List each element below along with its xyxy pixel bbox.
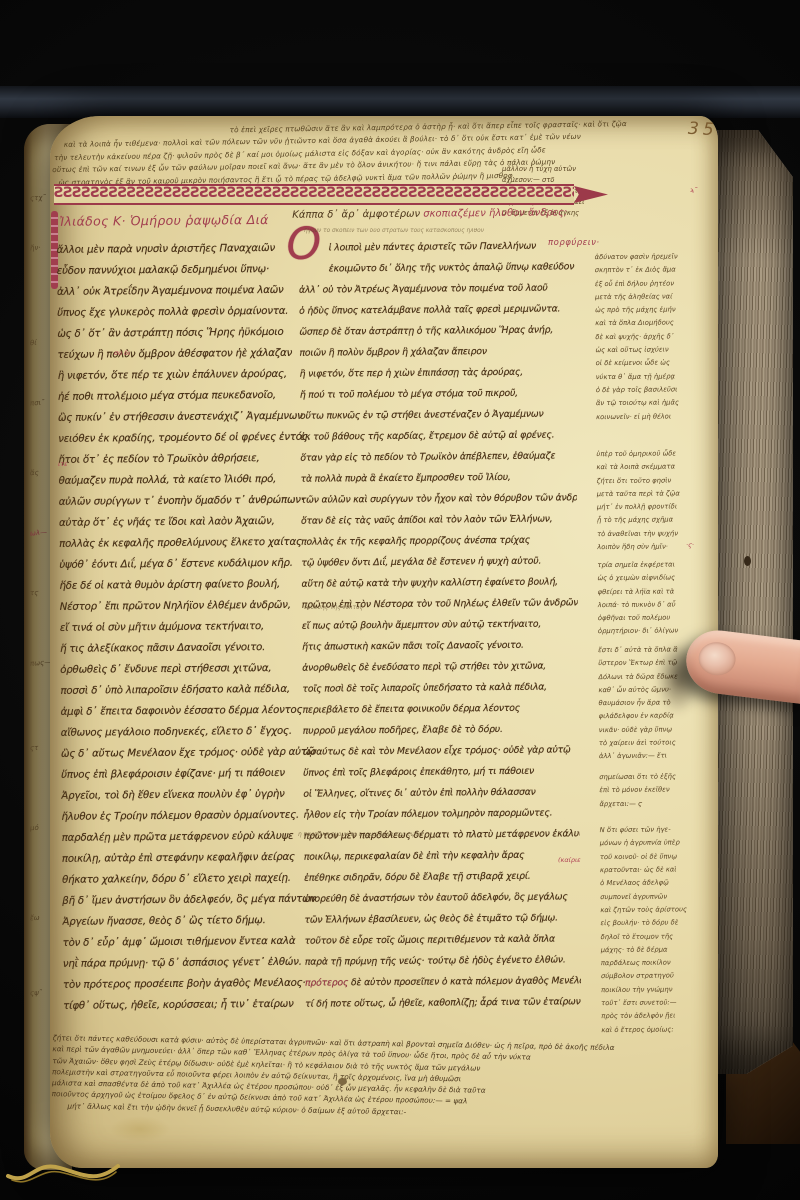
scholium-line: εἰς βουλήν· τὸ δόρυ δὲ xyxy=(600,916,712,930)
scholium-line: ὡς ὁ χειμὼν αἰφνιδίως xyxy=(597,571,709,585)
red-gloss: ϡ῀ xyxy=(690,186,697,194)
verse-line: ἥδε δέ οἱ κατὰ θυμὸν ἀρίστη φαίνετο βουλ… xyxy=(59,573,327,596)
verse-line: θαύμαζεν πυρὰ πολλά, τὰ καίετο Ἰλιόθι πρ… xyxy=(58,468,326,491)
scholium-line: μόνων ἡ ἀγρυπνία ὑπὲρ xyxy=(600,837,712,851)
verse-line: ἤλυθον ἐς Τροίην πόλεμον θρασὺν ὁρμαίνον… xyxy=(61,804,329,827)
verse-line: ὣς δ᾽ αὔτως Μενέλαον ἔχε τρόμος· οὐδὲ γὰ… xyxy=(61,741,329,764)
scholium-line: ὑπὲρ τοῦ ὁμηρικοῦ ὧδε xyxy=(596,447,708,461)
scholium-line: τὸ χαίρειν ἀεὶ τούτοις xyxy=(599,736,711,750)
scholium-line: ὁ Μενέλαος ἀδελφῷ xyxy=(600,877,712,891)
red-gloss: σο δι xyxy=(114,349,130,357)
margin-mark: ἕω xyxy=(30,914,40,923)
paraphrase-line: αὕτη δὲ αὐτῷ κατὰ τὴν ψυχὴν καλλίστη ἐφα… xyxy=(301,571,577,594)
page-stain xyxy=(110,1116,170,1142)
paraphrase-line: τοῦτον δὲ εὗρε τοῖς ὤμοις περιτιθέμενον … xyxy=(305,928,581,951)
margin-mark: ςτχ῀ xyxy=(30,193,46,202)
bottom-margin-scholia: ζήτει ὅτι πάντες καθεύδουσι κατὰ φύσιν· … xyxy=(51,1032,718,1123)
paraphrase-line: παρὰ τῇ πρύμνῃ τῆς νεώς· τούτῳ δὲ ἡδὺς ἐ… xyxy=(305,949,581,972)
paraphrase-line: ἥτις ἀπωστικὴ κακῶν πᾶσι τοῖς Δαναοῖς γέ… xyxy=(302,634,578,657)
paraphrase-line: ὁ ἡδὺς ὕπνος κατελάμβανε πολλὰ ταῖς φρεσ… xyxy=(299,298,575,321)
hypothesis-red: σκοπιαζέμεν ἤλυθον ἄνδρες: xyxy=(423,207,567,219)
verse-line: εὗδον παννύχιοι μαλακῷ δεδμημένοι ὕπνῳ· xyxy=(57,259,325,282)
verse-line: ἀμφὶ δ᾽ ἔπειτα δαφοινὸν ἑέσσατο δέρμα λέ… xyxy=(61,699,329,722)
scholium-line: τοῦ κοινοῦ· οἱ δὲ ὕπνῳ xyxy=(600,850,712,864)
scholium-line: ἐξ οὗ ἐπὶ δήλου ῥητέον xyxy=(595,277,707,291)
scholium-line: πρὸς τὸν ἀδελφὸν ᾔει xyxy=(601,1009,713,1023)
verse-line: ποικίλῃ, αὐτὰρ ἐπὶ στεφάνην κεφαλῆφιν ἀε… xyxy=(62,846,330,869)
verse-line: ὕπνος ἔχε γλυκερὸς πολλὰ φρεσὶν ὁρμαίνον… xyxy=(57,301,325,324)
paraphrase-line: πρῶτον ἐπὶ τὸν Νέστορα τὸν τοῦ Νηλέως ἐλ… xyxy=(302,592,578,615)
manuscript-page: 35 τὸ ἐπεὶ χεῖρες πτωθῶσιν ἅτε ἂν καὶ λα… xyxy=(50,116,718,1168)
scholium-line: κρατοῦνται· ὡς δὲ καὶ xyxy=(600,863,712,877)
paraphrase-line: οἱ Ἕλληνες, οἵτινες δι᾽ αὐτὸν ἐπὶ πολλὴν… xyxy=(303,781,579,804)
paraphrase-line: οὕτω πυκνῶς ἐν τῷ στήθει ἀνεστέναζεν ὁ Ἀ… xyxy=(300,403,576,426)
scholium-line: καὶ ὁ ἕτερος ὁμοίως: xyxy=(601,1023,713,1037)
verse-line: ποσσὶ δ᾽ ὑπὸ λιπαροῖσιν ἐδήσατο καλὰ πέδ… xyxy=(60,678,328,701)
red-gloss: ιτε xyxy=(58,460,68,468)
interlinear-gloss: ἑκούσης τῆς νυκτός xyxy=(304,605,424,611)
book-heading: Ἰλιάδος Κ· Ὁμήρου ῥαψῳδία Διά xyxy=(59,212,321,229)
paraphrase-line: ἐκοιμῶντο δι᾽ ὅλης τῆς νυκτὸς ἁπαλῷ ὕπνῳ… xyxy=(299,256,575,279)
verse-line: παρδαλέῃ μὲν πρῶτα μετάφρενον εὐρὺ κάλυψ… xyxy=(62,825,330,848)
red-gloss: (καίριε xyxy=(558,856,581,864)
paraphrase-line: ἦλθον εἰς τὴν Τροίαν πόλεμον τολμηρὸν πα… xyxy=(303,802,579,825)
red-word: πρότερος xyxy=(305,977,348,988)
scholia-block: ὑπὲρ τοῦ ὁμηρικοῦ ὧδεκαὶ τὰ λοιπὰ σκέμμα… xyxy=(596,447,709,554)
verse-line: Νέστορ᾽ ἔπι πρῶτον Νηλήϊον ἐλθέμεν ἀνδρῶ… xyxy=(60,594,328,617)
verse-line: ἥ τις ἀλεξίκακος πᾶσιν Δαναοῖσι γένοιτο. xyxy=(60,636,328,659)
verse-line: τὸν δ᾽ εὗρ᾽ ἀμφ᾽ ὤμοισι τιθήμενον ἔντεα … xyxy=(63,930,331,953)
paraphrase-line: περιεβάλετο δὲ ἔπειτα φοινικοῦν δέρμα λέ… xyxy=(303,697,579,720)
scholium-line: ὁ δὲ γὰρ τοῖς βασιλεῦσι xyxy=(596,383,708,397)
paraphrase-line: ἀλλ᾽ οὐ τὸν Ἀτρέως Ἀγαμέμνονα τὸν ποιμέν… xyxy=(299,277,575,300)
verse-line: θήκατο χαλκείην, δόρυ δ᾽ εἵλετο χειρὶ πα… xyxy=(62,867,330,890)
scholium-line xyxy=(599,810,711,824)
verse-line: ὀρθωθεὶς δ᾽ ἔνδυνε περὶ στήθεσσι χιτῶνα, xyxy=(60,657,328,680)
right-margin-scholia: ἀδύνατον φασὶν ἠρεμεῖνσκηπτὸν τ᾽ ἐκ Διὸς… xyxy=(593,113,705,114)
margin-mark: ἤν· xyxy=(30,244,41,253)
scholium-line: ἂν τῷ τοιούτῳ καὶ ἡμᾶς xyxy=(596,396,708,410)
scholium-line: δὲ καὶ ψυχῆς· ἀρχῆς δ᾽ xyxy=(595,330,707,344)
verse-line: τὸν πρότερος προσέειπε βοὴν ἀγαθὸς Μενέλ… xyxy=(63,972,331,995)
margin-mark: τϛ xyxy=(30,589,39,598)
paraphrase-line: πολλὰς ἐκ τῆς κεφαλῆς προρρίζους ἀνέσπα … xyxy=(301,529,577,552)
fingernail xyxy=(697,640,738,677)
scholium-line: μετὰ τῆς ἀληθείας ναί xyxy=(595,290,707,304)
scholium-line: σκηπτὸν τ᾽ ἐκ Διὸς ἅμα xyxy=(595,263,707,277)
paraphrase-column: ἱ λοιποὶ μὲν πάντες ἀριστεῖς τῶν Πανελλή… xyxy=(298,235,581,1014)
paraphrase-line: ἢ νιφετόν, ὅτε περ ἡ χιὼν ἐπιπάσσῃ τὰς ἀ… xyxy=(300,361,576,384)
margin-mark: πσι῀ xyxy=(30,399,45,408)
paraphrase-line: ἤ πού τι τοῦ πολέμου τὸ μέγα στόμα τοῦ π… xyxy=(300,382,576,405)
verse-line: ἀλλ᾽ οὐκ Ἀτρεΐδην Ἀγαμέμνονα ποιμένα λαῶ… xyxy=(57,280,325,303)
paraphrase-line: ὅταν δὲ εἰς τὰς ναῦς ἀπίδοι καὶ τὸν λαὸν… xyxy=(301,508,577,531)
margin-mark: μό xyxy=(30,824,39,833)
verse-line: ἄλλοι μὲν παρὰ νηυσὶν ἀριστῆες Παναχαιῶν xyxy=(56,238,324,261)
margin-mark: ϛτ xyxy=(30,744,39,753)
scholium-line: συμπονεῖ ἀγρυπνῶν xyxy=(600,890,712,904)
paraphrase-line: ὕπνος ἐπὶ τοῖς βλεφάροις ἐπεκάθητο, μή τ… xyxy=(303,760,579,783)
scholium-line: μετὰ ταῦτα περὶ τὰ ζῷα xyxy=(597,487,709,501)
verse-line: αἴθωνος μεγάλοιο ποδηνεκές, εἵλετο δ᾽ ἔγ… xyxy=(61,720,329,743)
verse-line: νειόθεν ἐκ κραδίης, τρομέοντο δέ οἱ φρέν… xyxy=(58,426,326,449)
scholium-line: τὸ ἀναθεῖναι τὴν ψυχήν xyxy=(597,527,709,541)
scholium-line: κοινωνεῖν· εἰ μὴ θέλοι xyxy=(596,410,708,424)
paraphrase-line: ἐπέθηκε σιδηρᾶν, δόρυ δὲ ἔλαβε τῇ στιβαρ… xyxy=(304,865,580,888)
endband-thread xyxy=(4,1146,134,1190)
scholium-line: σημείωσαι ὅτι τὸ ἑξῆς xyxy=(599,770,711,784)
scholium-line: λοιπά· τὸ πυκνὸν δ᾽ αὖ xyxy=(598,598,710,612)
paraphrase-line: εἴ πως αὐτῷ βουλὴν ἄμεμπτον σὺν αὐτῷ τεκ… xyxy=(302,613,578,636)
paraphrase-line: ὡσαύτως δὲ καὶ τὸν Μενέλαον εἶχε τρόμος·… xyxy=(303,739,579,762)
paraphrase-line: ποικίλῳ, περικεφαλαίαν δὲ ἐπὶ τὴν κεφαλὴ… xyxy=(304,844,580,867)
paraphrase-line: τὰ πολλὰ πυρὰ ἃ ἐκαίετο ἔμπροσθεν τοῦ Ἰλ… xyxy=(300,466,576,489)
paraphrase-line: ἐπορεύθη δὲ ἀναστήσων τὸν ἑαυτοῦ ἀδελφόν… xyxy=(304,886,580,909)
verse-line: τεύχων ἢ πολὺν ὄμβρον ἀθέσφατον ἠὲ χάλαζ… xyxy=(57,343,325,366)
scholium-line: τρία σημεῖα ἐκφέρεται xyxy=(597,558,709,572)
page-stain xyxy=(338,1078,347,1085)
verse-line: Ἀργεῖοι, τοὶ δὴ ἕθεν εἵνεκα πουλὺν ἐφ᾽ ὑ… xyxy=(61,783,329,806)
red-gloss: ·ϛ· xyxy=(686,541,694,549)
scholia-block: ἀδύνατον φασὶν ἠρεμεῖνσκηπτὸν τ᾽ ἐκ Διὸς… xyxy=(595,250,709,424)
margin-mark: ςψ῀ xyxy=(30,989,43,998)
verse-line: νηῒ πάρα πρύμνῃ· τῷ δ᾽ ἀσπάσιος γένετ᾽ ἐ… xyxy=(63,951,331,974)
scholium-line: παρδάλεως ποικίλον xyxy=(601,956,713,970)
paraphrase-line: ὥσπερ δὲ ὅταν ἀστράπτῃ ὁ τῆς καλλικόμου … xyxy=(299,319,575,342)
scholium-line: τοῦτ᾽ ἔστι συνετοῦ:— xyxy=(601,996,713,1010)
scholium-line: ἄρχεται:— ϛ xyxy=(599,797,711,811)
scholium-line: ὡς καὶ οὕτως ἰσχύειν xyxy=(595,343,707,357)
scholium-line: ᾗ τὸ τῆς μάχης σχῆμα xyxy=(597,514,709,528)
paraphrase-line: ἱ λοιποὶ μὲν πάντες ἀριστεῖς τῶν Πανελλή… xyxy=(298,235,574,258)
margin-mark: θί xyxy=(30,339,37,347)
scholium-line: καὶ τὰ λοιπὰ σκέμματα xyxy=(596,460,708,474)
paraphrase-line: τῷ ὑψόθεν ὄντι Διΐ, μεγάλα δὲ ἔστενεν ἡ … xyxy=(301,550,577,573)
text-layer: Ἰλιάδος Κ· Ὁμήρου ῥαψῳδία Διά Κάππα δ᾽ ἄ… xyxy=(45,113,722,1171)
hypothesis-line: Κάππα δ᾽ ἄρ᾽ ἀμφοτέρων σκοπιαζέμεν ἤλυθο… xyxy=(292,207,622,221)
paraphrase-line: τῶν αὐλῶν καὶ συρίγγων τὸν ἦχον καὶ τὸν … xyxy=(301,487,577,510)
verse-line: βῆ δ᾽ ἴμεν ἀνστήσων ὃν ἀδελφεόν, ὃς μέγα… xyxy=(62,888,330,911)
verse-line: ἤτοι ὅτ᾽ ἐς πεδίον τὸ Τρωϊκὸν ἀθρήσειε, xyxy=(58,447,326,470)
verse-line: αὐλῶν συρίγγων τ᾽ ἐνοπὴν ὅμαδόν τ᾽ ἀνθρώ… xyxy=(59,489,327,512)
scholium-line: Ν ὅτι φύσει τῶν ἡγε- xyxy=(600,823,712,837)
scholium-line: σύμβολον στρατηγοῦ xyxy=(601,970,713,984)
scholium-line: ὡς πρὸ τῆς μάχης ἐμήν xyxy=(595,303,707,317)
scholium-line: φθείρει τὰ λήϊα καὶ τὰ xyxy=(598,585,710,599)
scholium-line: μήτ᾽ ἐν πολλῇ φροντίδι xyxy=(597,500,709,514)
verse-line: ὡς δ᾽ ὅτ᾽ ἂν ἀστράπτῃ πόσις Ἥρης ἠϋκόμοι… xyxy=(57,322,325,345)
margin-mark: πως— xyxy=(30,658,52,667)
verse-line: πολλὰς ἐκ κεφαλῆς προθελύμνους ἕλκετο χα… xyxy=(59,531,327,554)
paraphrase-line: ὅταν γὰρ εἰς τὸ πεδίον τὸ Τρωϊκὸν ἀπέβλε… xyxy=(300,445,576,468)
paraphrase-line: τοῖς ποσὶ δὲ τοῖς λιπαροῖς ὑπεδήσατο τὰ … xyxy=(302,676,578,699)
scholium-line: μάχης· τὸ δὲ δέρμα xyxy=(601,943,713,957)
verse-line: ὣς πυκίν᾽ ἐν στήθεσσιν ἀνεστενάχιζ᾽ Ἀγαμ… xyxy=(58,405,326,428)
paraphrase-line: ἀνορθωθεὶς δὲ ἐνεδύσατο περὶ τῷ στήθει τ… xyxy=(302,655,578,678)
margin-mark: ἅς xyxy=(30,469,39,478)
paraphrase-line: πρότερος δὲ αὐτὸν προσεῖπεν ὁ κατὰ πόλεμ… xyxy=(305,970,581,993)
paraphrase-line: πυρροῦ μεγάλου ποδῆρες, ἔλαβε δὲ τὸ δόρυ… xyxy=(303,718,579,741)
paraphrase-line: ποιῶν ἢ πολὺν ὄμβρον ἢ χάλαζαν ἄπειρον xyxy=(299,340,575,363)
scholium-line: ἀλλ᾽ ἀγωνιᾶν:— ἔτι xyxy=(599,750,711,764)
paraphrase-line: ἐκ τοῦ βάθους τῆς καρδίας, ἔτρεμον δὲ αὐ… xyxy=(300,424,576,447)
interlinear-gloss: ἤγουν τὸ σκοπεῖν τῶν δύο στρατῶν τοὺς κα… xyxy=(304,228,554,234)
verse-line: εἴ τινά οἱ σὺν μῆτιν ἀμύμονα τεκτήναιτο, xyxy=(60,615,328,638)
scholium-line: οἱ δὲ κείμενοι ὧδε ὡς xyxy=(596,357,708,371)
scholium-line: καὶ τὰ ὅπλα Διομήδους xyxy=(595,317,707,331)
verse-line: Ἀργείων ἤνασσε, θεὸς δ᾽ ὣς τίετο δήμῳ. xyxy=(62,909,330,932)
verse-line: ἠέ ποθι πτολέμοιο μέγα στόμα πευκεδανοῖο… xyxy=(58,384,326,407)
margin-mark: ωλ— xyxy=(30,528,48,537)
verse-column: ἄλλοι μὲν παρὰ νηυσὶν ἀριστῆες Παναχαιῶν… xyxy=(56,238,331,1017)
verse-line: ὑψόθ᾽ ἐόντι Διΐ, μέγα δ᾽ ἔστενε κυδάλιμο… xyxy=(59,552,327,575)
scholium-line: ἐπὶ τὸ μόνον ἐκεῖθεν xyxy=(599,783,711,797)
verse-line: ἢ νιφετόν, ὅτε πέρ τε χιὼν ἐπάλυνεν ἀρού… xyxy=(58,363,326,386)
scholium-line: νύκτα θ᾽ ἅμα τῇ ἡμέρᾳ xyxy=(596,370,708,384)
scholia-block: σημείωσαι ὅτι τὸ ἑξῆςἐπὶ τὸ μόνον ἐκεῖθε… xyxy=(599,770,713,1037)
scholium-line: ἀδύνατον φασὶν ἠρεμεῖν xyxy=(595,250,707,264)
interlinear-gloss: ἡ παρδαλῆ ἤγουν τὸ δέρμα παρὰ τοῦ ζῴου xyxy=(298,832,508,838)
scholium-line: ποικίλου τὴν γνώμην xyxy=(601,983,713,997)
scholium-line: ὀφθῆναι τοῦ πολέμου xyxy=(598,611,710,625)
verse-line: αὐτὰρ ὅτ᾽ ἐς νῆάς τε ἴδοι καὶ λαὸν Ἀχαιῶ… xyxy=(59,510,327,533)
scholium-line: δηλοῖ τὸ ἕτοιμον τῆς xyxy=(601,930,713,944)
verse-line: ὕπνος ἐπὶ βλεφάροισιν ἐφίζανε· μή τι πάθ… xyxy=(61,762,329,785)
paraphrase-line: τῶν Ἑλλήνων ἐβασίλευεν, ὡς θεὸς δὲ ἐτιμᾶ… xyxy=(304,907,580,930)
scholium-line: καὶ ζητῶν τοὺς ἀρίστους xyxy=(600,903,712,917)
verse-line: τίφθ᾽ οὕτως, ἠθεῖε, κορύσσεαι; ἦ τιν᾽ ἑτ… xyxy=(63,993,331,1016)
scholium-line: ζήτει ὅτι τοῦτο φησὶν xyxy=(597,474,709,488)
manuscript-photo: ςτχ῀ἤν·θίπσι῀ἅςωλ—τϛπως—ϛτμόἕωςψ῀ 35 τὸ … xyxy=(0,0,800,1200)
fore-edge-wormhole xyxy=(744,556,751,566)
paraphrase-line: τί δή ποτε οὕτως, ὦ ἠθεῖε, καθοπλίζῃ; ἆρ… xyxy=(305,991,581,1014)
